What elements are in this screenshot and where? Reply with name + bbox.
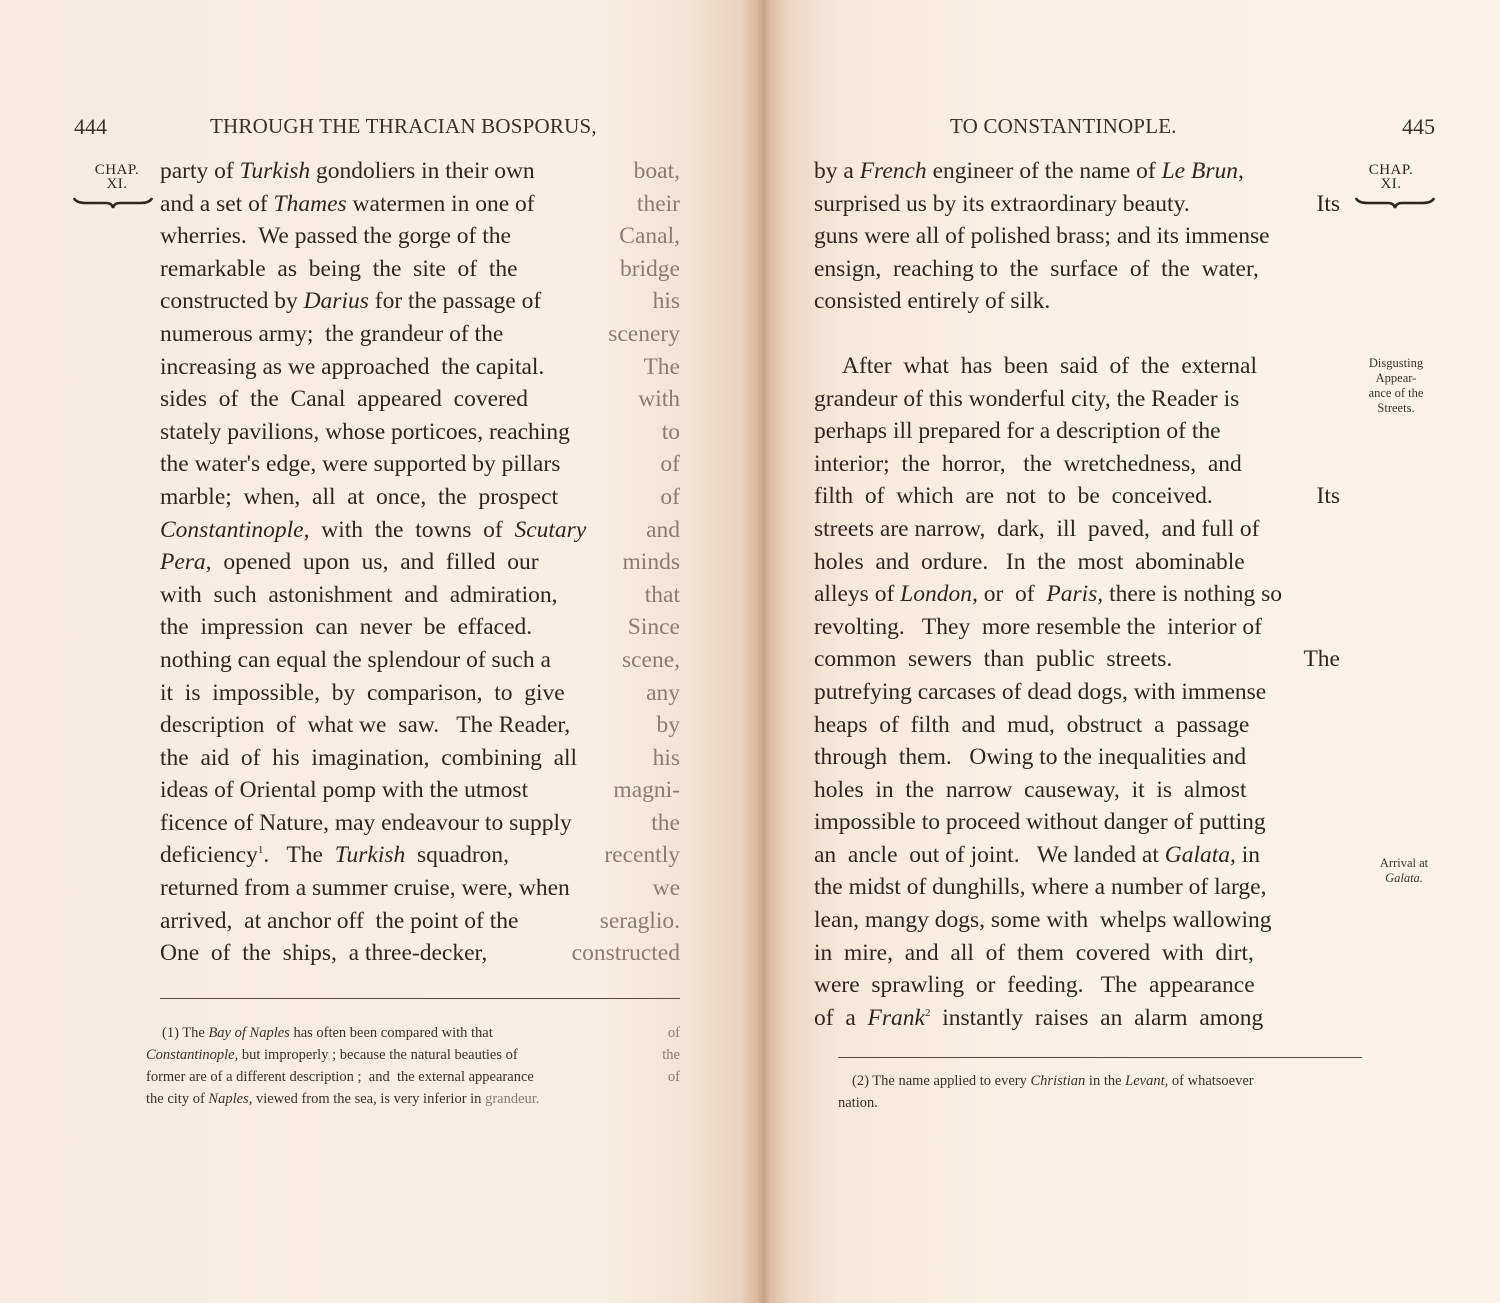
right-page: TO CONSTANTINOPLE. 445 CHAP. XI. by a Fr…: [766, 0, 1500, 1303]
text-line: holes and ordure. In the most abominable: [814, 546, 1340, 579]
text-line: alleys of London, or of Paris, there is …: [814, 578, 1340, 611]
text-line: One of the ships, a three-decker,constru…: [160, 937, 680, 970]
left-page: 444 THROUGH THE THRACIAN BOSPORUS, CHAP.…: [0, 0, 760, 1303]
curly-brace-icon: [72, 196, 154, 210]
text-line: returned from a summer cruise, were, whe…: [160, 872, 680, 905]
sidenote-line: Streets.: [1354, 401, 1438, 416]
text-line: Constantinople, with the towns of Scutar…: [160, 514, 680, 547]
text-line: perhaps ill prepared for a description o…: [814, 415, 1340, 448]
text-line: impossible to proceed without danger of …: [814, 806, 1340, 839]
text-line: in mire, and all of them covered with di…: [814, 937, 1340, 970]
text-line: the aid of his imagination, combining al…: [160, 742, 680, 775]
right-body-text: by a French engineer of the name of Le B…: [814, 155, 1340, 1034]
text-line: were sprawling or feeding. The appearanc…: [814, 969, 1340, 1002]
text-line: ideas of Oriental pomp with the utmostma…: [160, 774, 680, 807]
text-line: numerous army; the grandeur of thescener…: [160, 318, 680, 351]
text-line: marble; when, all at once, the prospecto…: [160, 481, 680, 514]
text-line: remarkable as being the site of thebridg…: [160, 253, 680, 286]
text-line: lean, mangy dogs, some with whelps wallo…: [814, 904, 1340, 937]
text-line: consisted entirely of silk.: [814, 285, 1340, 318]
text-line: grandeur of this wonderful city, the Rea…: [814, 383, 1340, 416]
text-line: and a set of Thames watermen in one ofth…: [160, 188, 680, 221]
text-line: After what has been said of the external: [814, 350, 1340, 383]
text-line: of a Frank2 instantly raises an alarm am…: [814, 1002, 1340, 1035]
text-line: the water's edge, were supported by pill…: [160, 448, 680, 481]
running-head-right: TO CONSTANTINOPLE.: [950, 114, 1177, 139]
footnote-line: (2) The name applied to every Christian …: [838, 1070, 1362, 1092]
text-line: the midst of dunghills, where a number o…: [814, 871, 1340, 904]
text-line: putrefying carcases of dead dogs, with i…: [814, 676, 1340, 709]
text-line: it is impossible, by comparison, to give…: [160, 677, 680, 710]
text-line: description of what we saw. The Reader,b…: [160, 709, 680, 742]
footnote-right: (2) The name applied to every Christian …: [838, 1070, 1362, 1114]
chapter-label-left: CHAP. XI.: [84, 163, 150, 191]
text-line: heaps of filth and mud, obstruct a passa…: [814, 709, 1340, 742]
footnote-line: (1) The Bay of Naples has often been com…: [146, 1022, 680, 1044]
text-line: stately pavilions, whose porticoes, reac…: [160, 416, 680, 449]
footnote-left: (1) The Bay of Naples has often been com…: [146, 1022, 680, 1110]
text-line: constructed by Darius for the passage of…: [160, 285, 680, 318]
text-line: by a French engineer of the name of Le B…: [814, 155, 1340, 188]
text-line: an ancle out of joint. We landed at Gala…: [814, 839, 1340, 872]
chapter-label-number: XI.: [1358, 177, 1424, 191]
text-line: the impression can never be effaced.Sinc…: [160, 611, 680, 644]
footnote-line: nation.: [838, 1092, 1362, 1114]
chapter-label-number: XI.: [84, 177, 150, 191]
sidenote-disgusting-appearance: Disgusting Appear- ance of the Streets.: [1354, 356, 1438, 416]
text-line: Pera, opened upon us, and filled ourmind…: [160, 546, 680, 579]
sidenote-line: Galata.: [1364, 871, 1444, 886]
text-line: streets are narrow, dark, ill paved, and…: [814, 513, 1340, 546]
text-line: arrived, at anchor off the point of thes…: [160, 905, 680, 938]
footnote-line: Constantinople, but improperly ; because…: [146, 1044, 680, 1066]
text-line: surprised us by its extraordinary beauty…: [814, 188, 1340, 221]
text-line: filth of which are not to be conceived.I…: [814, 480, 1340, 513]
text-line: wherries. We passed the gorge of theCana…: [160, 220, 680, 253]
text-line: sides of the Canal appeared coveredwith: [160, 383, 680, 416]
text-line: common sewers than public streets.The: [814, 643, 1340, 676]
curly-brace-icon: [1354, 196, 1436, 210]
text-line: revolting. They more resemble the interi…: [814, 611, 1340, 644]
text-line: through them. Owing to the inequalities …: [814, 741, 1340, 774]
text-line: ficence of Nature, may endeavour to supp…: [160, 807, 680, 840]
page-number-left: 444: [74, 114, 107, 140]
book-spread: 444 THROUGH THE THRACIAN BOSPORUS, CHAP.…: [0, 0, 1500, 1303]
text-line: guns were all of polished brass; and its…: [814, 220, 1340, 253]
text-line: party of Turkish gondoliers in their own…: [160, 155, 680, 188]
text-line: increasing as we approached the capital.…: [160, 351, 680, 384]
sidenote-line: Arrival at: [1364, 856, 1444, 871]
sidenote-line: Disgusting: [1354, 356, 1438, 371]
left-body-text: party of Turkish gondoliers in their own…: [160, 155, 680, 970]
text-line: holes in the narrow causeway, it is almo…: [814, 774, 1340, 807]
text-line: ensign, reaching to the surface of the w…: [814, 253, 1340, 286]
running-head-left: THROUGH THE THRACIAN BOSPORUS,: [210, 114, 597, 139]
sidenote-arrival-at-galata: Arrival at Galata.: [1364, 856, 1444, 886]
text-line: interior; the horror, the wretchedness, …: [814, 448, 1340, 481]
footnote-line: former are of a different description ; …: [146, 1066, 680, 1088]
chapter-label-right: CHAP. XI.: [1358, 163, 1424, 191]
text-line: nothing can equal the splendour of such …: [160, 644, 680, 677]
sidenote-line: ance of the: [1354, 386, 1438, 401]
footnote-line: the city of Naples, viewed from the sea,…: [146, 1088, 680, 1110]
sidenote-line: Appear-: [1354, 371, 1438, 386]
footnote-rule-right: [838, 1057, 1362, 1058]
text-line: deficiency1. The Turkish squadron,recent…: [160, 839, 680, 872]
page-number-right: 445: [1402, 114, 1435, 140]
footnote-rule-left: [160, 998, 680, 999]
text-line: with such astonishment and admiration,th…: [160, 579, 680, 612]
